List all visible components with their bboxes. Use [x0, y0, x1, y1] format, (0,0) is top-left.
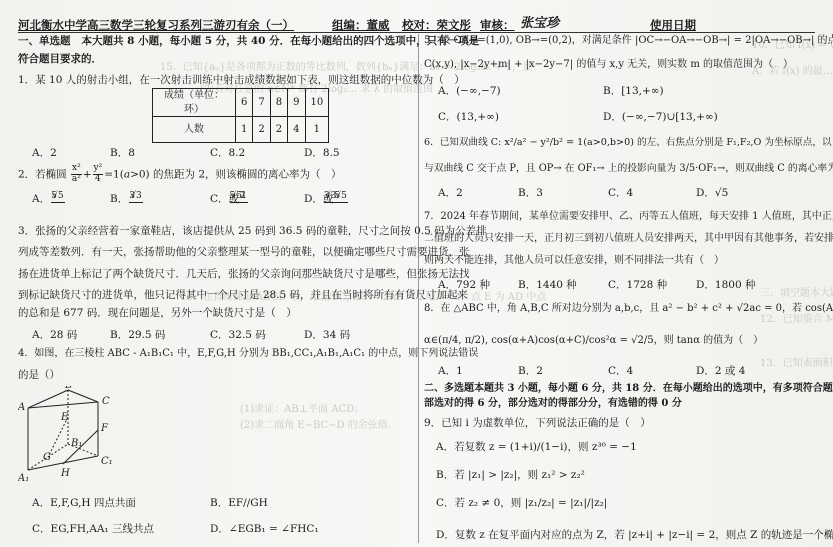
figure-label: B: [64, 386, 72, 391]
q9-option-a: A．若复数 z = (1+i)/(1−i)，则 z³⁰ = −1: [436, 440, 637, 454]
q4-line: 4．如图，在三棱柱 ABC - A₁B₁C₁ 中，E,F,G,H 分别为 BB₁…: [18, 347, 478, 361]
proofreader-label: 校对：荣文彤: [402, 17, 471, 33]
q2-stem: 2．若椭圆 x²a²+y²4=1(a>0) 的焦距为 2，则该椭圆的离心率为（ …: [18, 164, 342, 185]
section-2-heading: 二、多选题本题共 3 小题，每小题 6 分，共 18 分．在每小题给出的选项中，…: [424, 382, 833, 396]
q6-line: 6．已知双曲线 C: x²/a² − y²/b² = 1(a>0,b>0) 的左…: [424, 137, 833, 150]
figure-label: E: [60, 412, 69, 423]
reviewer-signature: 张宝珍: [520, 12, 559, 31]
option-a: A．792 种: [438, 278, 490, 292]
option-b: B．8: [110, 146, 135, 160]
option-c: C．8.2: [210, 146, 245, 160]
option-b: B．2: [518, 364, 543, 378]
option-c: C．√55或12: [210, 192, 239, 206]
option-d: D．√33或√55: [304, 192, 333, 206]
exam-title: 河北衡水中学高三数学三轮复习系列三游刃有余（一）: [18, 17, 294, 33]
figure-label: A: [18, 402, 25, 413]
section-1-heading: 一、单选题 本大题共 8 小题，每小题 5 分，共 40 分．在每小题给出的四个…: [18, 34, 479, 48]
option-a: A．1: [438, 364, 463, 378]
q7-line: 7．2024 年春节期间，某单位需要安排甲、乙、丙等五人值班，每天安排 1 人值…: [424, 210, 833, 224]
figure-label: G: [43, 452, 51, 463]
option-d: D．2 或 4: [696, 364, 745, 378]
q5-line: 5．设 OA→=(1,0), OB→=(0,2)，对满足条件 |OC→−OA→−…: [424, 34, 833, 48]
fraction: x²a²: [71, 164, 82, 185]
exam-page: 15．已知{aₙ}是各项都为正数的等比数列，数列{bₙ}满足：bₙ = 2log…: [0, 0, 833, 547]
option-a: A．2: [32, 146, 57, 160]
bleed-through-text: 13．已知表面积为 100π 的球面上有四点 S,A,B,C: [760, 354, 833, 369]
prism-figure: B C A E F B₁ G C₁ A₁ H: [18, 386, 138, 486]
option-b: B．EF//GH: [210, 496, 268, 510]
table-header-score: 成绩（单位：环）: [153, 89, 236, 117]
figure-label: F: [100, 423, 109, 434]
option-b: B．29.5 码: [110, 328, 165, 342]
editor-label: 组编：董威: [332, 17, 390, 33]
option-a: A．(−∞,−7): [438, 84, 501, 98]
date-label: 使用日期: [650, 17, 696, 33]
q3-line: 的总和是 677 码．现在问题是，另外一个缺货尺寸是（ ）: [18, 306, 297, 320]
option-c: C．EG,FH,AA₁ 三线共点: [32, 522, 154, 536]
option-d: D．√5: [696, 186, 728, 200]
q2-stem-post: 的焦距为 2，则该椭圆的离心率为（ ）: [153, 168, 342, 180]
option-d: D．1800 种: [696, 278, 755, 292]
option-c: C．4: [608, 186, 633, 200]
q4-line: 的是（）: [18, 368, 60, 382]
table-cell: 4: [288, 117, 305, 143]
q9-stem: 9．已知 i 为虚数单位，下列说法正确的是（ ）: [424, 416, 651, 430]
option-c: C．32.5 码: [210, 328, 266, 342]
q7-line: 则两天不能连排，其他人员可以任意安排，则不同排法一共有（ ）: [424, 254, 724, 268]
q6-line: 与双曲线 C 交于点 P，且 OP→ 在 OF₁→ 上的投影向量为 3/5·OF…: [424, 162, 833, 175]
table-header-count: 人数: [153, 117, 236, 143]
figure-label: C: [102, 396, 110, 407]
table-cell: 9: [288, 89, 305, 117]
bleed-through-text: (2)求二面角 E−BC−D 的余弦值．: [240, 416, 398, 431]
option-b: B．√33: [110, 192, 128, 206]
q9-option-c: C．若 z₂ ≠ 0，则 |z₁/z₂| = |z₁|/|z₂|: [436, 496, 607, 510]
table-cell: 1: [305, 117, 329, 143]
q7-line: 二值班的人员只安排一天，正月初三到初八值班人员安排两天，其中甲因有其他事务，若安…: [424, 232, 833, 246]
section-2-intro: 部选对的得 6 分，部分选对的得部分分，有选错的得 0 分: [424, 397, 682, 411]
figure-label: C₁: [101, 456, 113, 467]
option-a: A．2: [438, 186, 463, 200]
option-c: C．4: [608, 364, 633, 378]
q3-line: 到标记缺货尺寸的进货单，他只记得其中一个尺寸是 28.5 码，并且在当时将所有有…: [18, 288, 468, 302]
fraction: y²4: [93, 164, 104, 185]
option-b: B．1440 种: [518, 278, 577, 292]
table-cell: 2: [253, 117, 270, 143]
option-b: B．3: [518, 186, 543, 200]
q2-stem-pre: 2．若椭圆: [18, 168, 67, 180]
option-a: A．28 码: [32, 328, 77, 342]
option-d: D．34 码: [304, 328, 350, 342]
table-cell: 6: [236, 89, 253, 117]
option-c: C．(13,+∞): [438, 110, 499, 124]
bleed-through-text: (1)求证：AB⊥平面 ACD；: [240, 400, 364, 415]
option-a: A．√55: [32, 192, 50, 206]
figure-label: H: [60, 468, 70, 479]
option-d: D．8.5: [304, 146, 340, 160]
option-b: B．[13,+∞): [603, 84, 664, 98]
option-d: D．∠EGB₁ = ∠FHC₁: [210, 522, 319, 536]
section-intro-2: 符合题目要求的．: [18, 52, 102, 66]
q1-stem: 1．某 10 人的射击小组，在一次射击训练中射击成绩数据如下表，则这组数据的中位…: [18, 73, 465, 87]
section-title: 一、单选题: [18, 35, 71, 47]
q9-option-b: B．若 |z₁| > |z₂|，则 z₁² > z₂²: [436, 468, 585, 482]
q3-line: 3．张扬的父亲经营着一家童鞋店，该店提供从 25 码到 36.5 码的童鞋，尺寸…: [18, 224, 487, 238]
q3-line: 列成等差数列．有一天，张扬帮助他的父亲整理某一型号的童鞋，以便确定哪些尺寸需要进…: [18, 245, 470, 259]
table-cell: 1: [236, 117, 253, 143]
table-cell: 7: [253, 89, 270, 117]
bleed-through-text: 三、填空题本大题共 3 小题，每题 5 分，共 15 分: [760, 284, 833, 299]
table-cell: 2: [270, 117, 287, 143]
q5-line: C(x,y), |x−2y+m| + |x−2y−7| 的值与 x,y 无关，则…: [424, 58, 793, 72]
q3-line: 扬在进货单上标记了两个缺货尺寸．几天后，张扬的父亲询问那些缺货尺寸是哪些，但张扬…: [18, 267, 470, 281]
figure-label: A₁: [18, 473, 29, 484]
section-intro: 本大题共 8 小题，每小题 5 分，共 40 分．在每小题给出的四个选项中，只有…: [81, 35, 479, 47]
q9-option-d: D．复数 z 在复平面内对应的点为 Z，若 |z+i| + |z−i| = 2，…: [436, 528, 833, 542]
option-d: D．(−∞,−7)∪[13,+∞): [603, 110, 718, 124]
option-c: C．1728 种: [608, 278, 667, 292]
q8-line: 8．在 △ABC 中，角 A,B,C 所对边分别为 a,b,c，且 a² − b…: [424, 302, 833, 316]
table-cell: 8: [270, 89, 287, 117]
figure-label: B₁: [70, 438, 82, 449]
reviewer-label: 审核：: [480, 17, 515, 33]
page-header: 河北衡水中学高三数学三轮复习系列三游刃有余（一） 组编：董威 校对：荣文彤 审核…: [18, 14, 815, 33]
table-cell: 10: [305, 89, 329, 117]
score-table: 成绩（单位：环） 6 7 8 9 10 人数 1 2 2 4 1: [152, 88, 329, 143]
q8-line: α∈(π/4, π/2), cos(α+A)cos(α+C)/cos²α = √…: [424, 334, 763, 348]
option-a: A．E,F,G,H 四点共面: [32, 496, 136, 510]
